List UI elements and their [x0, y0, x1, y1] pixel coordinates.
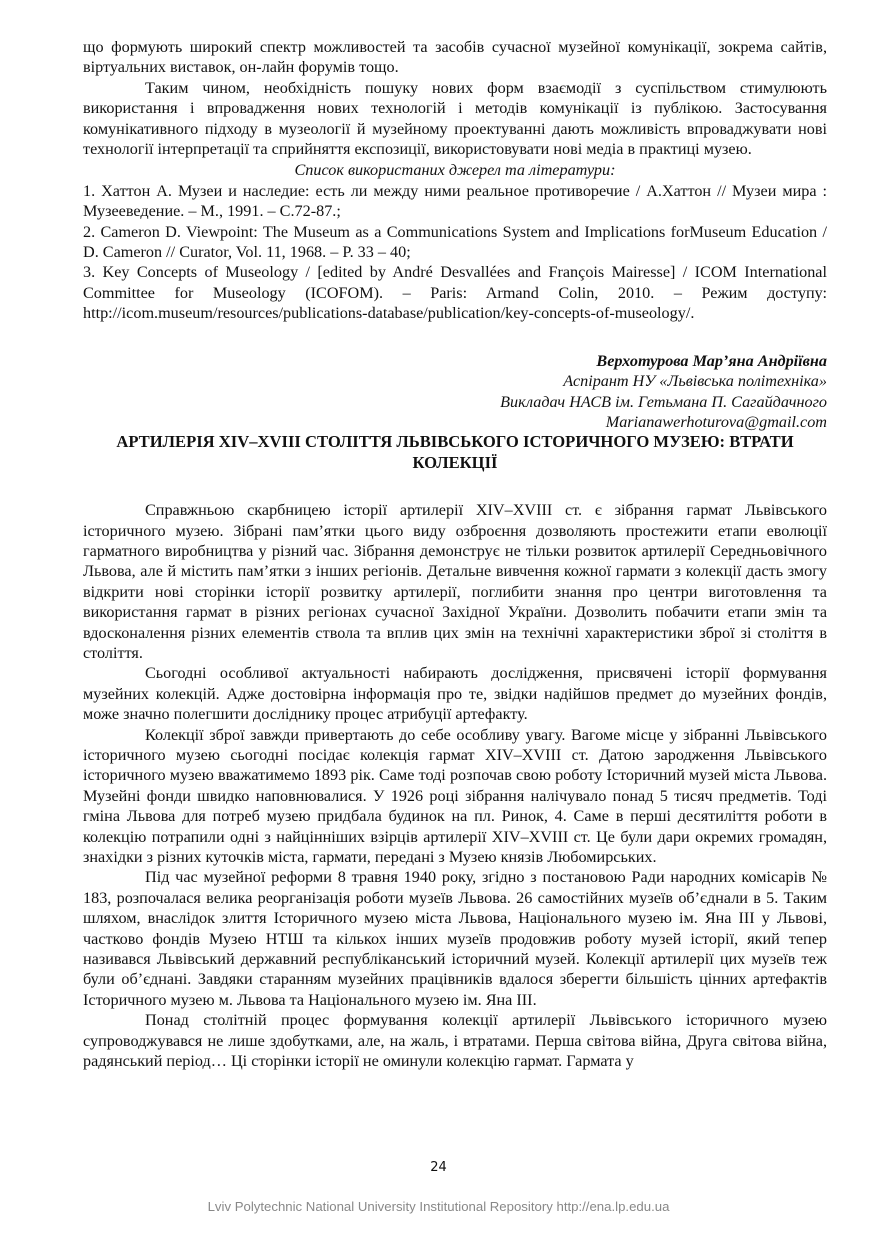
reference-item: 1. Хаттон А. Музеи и наследие: есть ли м… [83, 181, 827, 222]
author-affiliation: Аспірант НУ «Львівська політехніка» [83, 371, 827, 391]
page-number: 24 [0, 1160, 877, 1175]
body-paragraph: Колекції зброї завжди привертають до себ… [83, 725, 827, 868]
author-email: Marianawerhoturova@gmail.com [83, 412, 827, 432]
references-title: Список використаних джерел та літератури… [83, 160, 827, 180]
author-name: Верхотурова Мар’яна Андріївна [83, 351, 827, 371]
repository-footer: Lviv Polytechnic National University Ins… [0, 1199, 877, 1214]
intro-paragraph-continuation: що формують широкий спектр можливостей т… [83, 37, 827, 78]
article-body: Справжньою скарбницею історії артилерії … [83, 500, 827, 1071]
body-paragraph: Справжньою скарбницею історії артилерії … [83, 500, 827, 663]
author-block: Верхотурова Мар’яна Андріївна Аспірант Н… [83, 351, 827, 433]
reference-item: 3. Key Concepts of Museology / [edited b… [83, 262, 827, 323]
reference-item: 2. Cameron D. Viewpoint: The Museum as a… [83, 222, 827, 263]
article-title: АРТИЛЕРІЯ XIV–XVIII СТОЛІТТЯ ЛЬВІВСЬКОГО… [83, 432, 827, 473]
intro-paragraph: Таким чином, необхідність пошуку нових ф… [83, 78, 827, 160]
document-page: що формують широкий спектр можливостей т… [83, 37, 827, 1072]
references-list: 1. Хаттон А. Музеи и наследие: есть ли м… [83, 181, 827, 324]
body-paragraph: Сьогодні особливої актуальності набирают… [83, 663, 827, 724]
body-paragraph: Під час музейної реформи 8 травня 1940 р… [83, 867, 827, 1010]
author-affiliation: Викладач НАСВ ім. Гетьмана П. Сагайдачно… [83, 392, 827, 412]
body-paragraph: Понад столітній процес формування колекц… [83, 1010, 827, 1071]
